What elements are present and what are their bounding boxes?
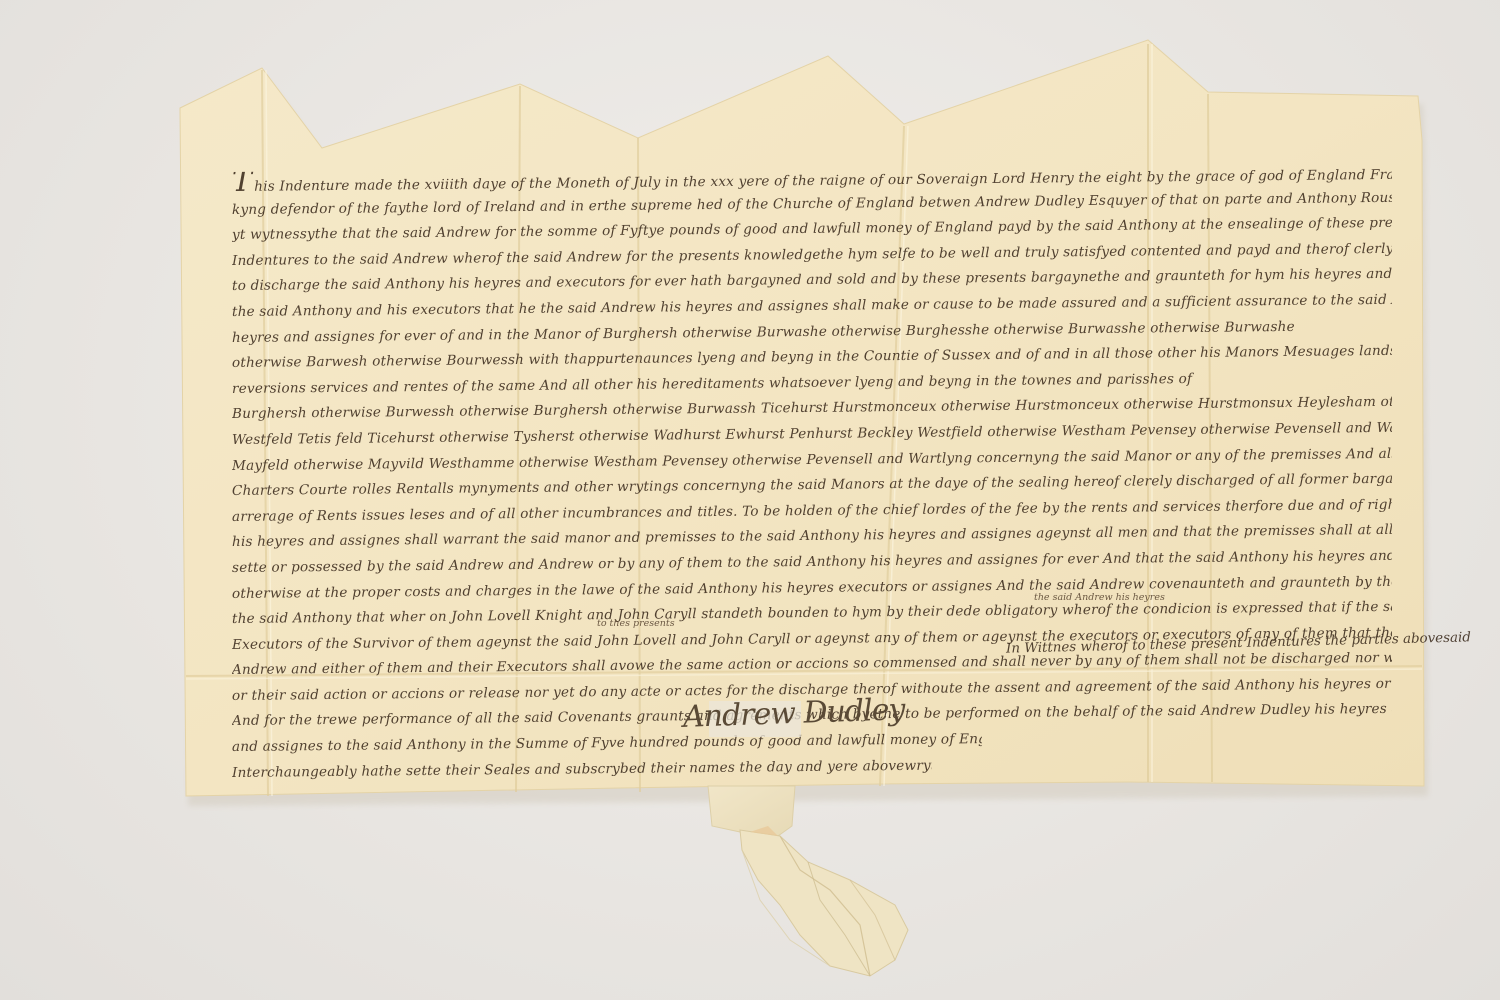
interlineation-1: to thes presents <box>597 618 675 629</box>
signature: Andrew Dudley <box>683 694 883 740</box>
seal-tag <box>708 786 908 976</box>
signature-text: Andrew Dudley <box>682 692 904 735</box>
interlineation-2: the said Andrew his heyres <box>1034 592 1165 603</box>
